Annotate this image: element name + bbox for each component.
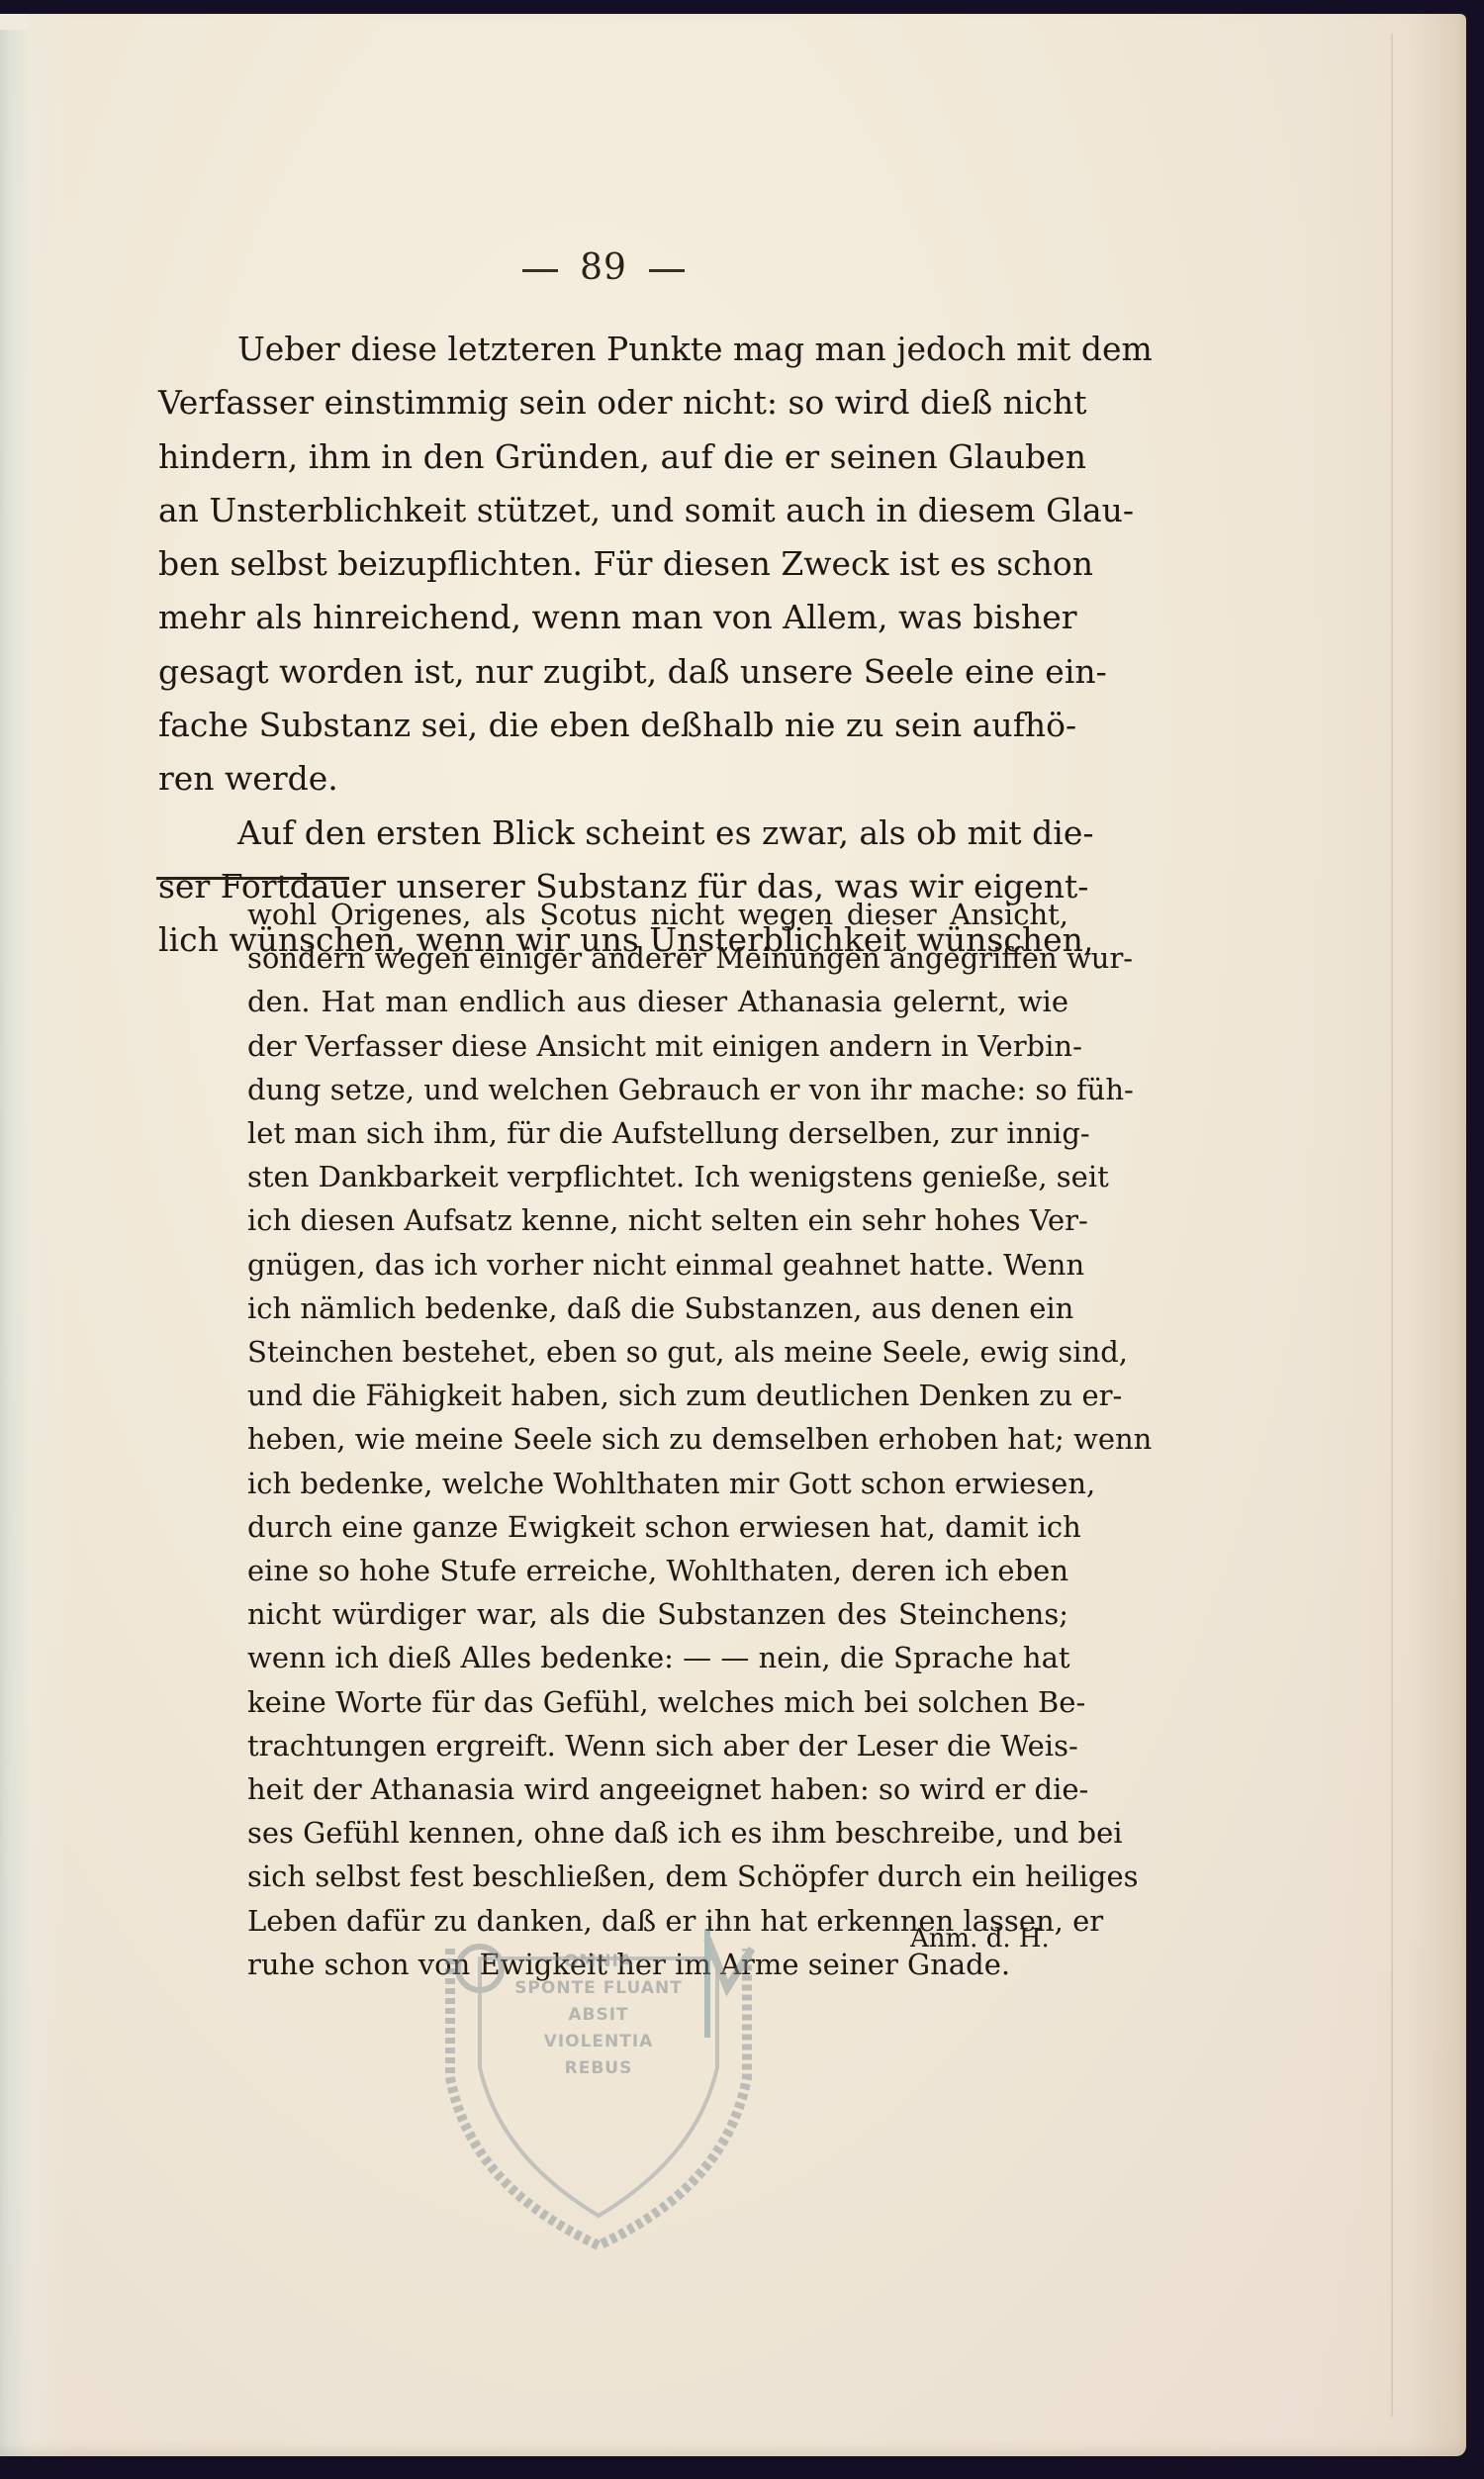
footnote-line: gnügen, das ich vorher nicht einmal geah… xyxy=(247,1243,1068,1287)
text-line: mehr als hinreichend, wenn man von Allem… xyxy=(158,591,1068,644)
header-dash-right xyxy=(649,269,685,272)
footnote-line: heit der Athanasia wird angeeignet haben… xyxy=(247,1767,1068,1811)
text-line: Auf den ersten Blick scheint es zwar, al… xyxy=(158,807,1068,860)
stamp-line: REBUS xyxy=(480,2055,717,2082)
main-text: Ueber diese letzteren Punkte mag man jed… xyxy=(158,323,1068,968)
footnote-line: let man sich ihm, für die Aufstellung de… xyxy=(247,1111,1068,1155)
library-stamp: OMNIA SPONTE FLUANT ABSIT VIOLENTIA REBU… xyxy=(411,1929,787,2255)
text-line: fache Substanz sei, die eben deßhalb nie… xyxy=(158,699,1068,752)
footnote-line: sten Dankbarkeit verpflichtet. Ich wenig… xyxy=(247,1155,1068,1198)
book-page: 89 Ueber diese letzteren Punkte mag man … xyxy=(0,14,1466,2456)
footnote-line: und die Fähigkeit haben, sich zum deutli… xyxy=(247,1374,1068,1417)
text-line: hindern, ihm in den Gründen, auf die er … xyxy=(158,430,1068,484)
text-line: Verfasser einstimmig sein oder nicht: so… xyxy=(158,376,1068,429)
footnote-line: ses Gefühl kennen, ohne daß ich es ihm b… xyxy=(247,1811,1068,1855)
footnote-signature: Anm. d. H. xyxy=(910,1924,1050,1954)
footnote-line: ich bedenke, welche Wohlthaten mir Gott … xyxy=(247,1462,1068,1505)
page-number: 89 xyxy=(580,247,627,288)
footnote-line: wohl Origenes, als Scotus nicht wegen di… xyxy=(247,893,1068,936)
header-dash-left xyxy=(522,269,558,272)
footnote-rule xyxy=(156,877,349,880)
footnote-line: keine Worte für das Gefühl, welches mich… xyxy=(247,1680,1068,1724)
footnote-line: nicht würdiger war, als die Substanzen d… xyxy=(247,1592,1068,1636)
page-corner xyxy=(0,14,28,30)
footnote-line: Steinchen bestehet, eben so gut, als mei… xyxy=(247,1330,1068,1374)
stamp-motto: OMNIA SPONTE FLUANT ABSIT VIOLENTIA REBU… xyxy=(480,1949,717,2082)
page-header: 89 xyxy=(495,247,712,288)
text-line: an Unsterblichkeit stützet, und somit au… xyxy=(158,484,1068,537)
footnote-line: sich selbst fest beschließen, dem Schöpf… xyxy=(247,1855,1068,1898)
footnote-line: wenn ich dieß Alles bedenke: — — nein, d… xyxy=(247,1636,1068,1679)
stamp-line: OMNIA xyxy=(480,1949,717,1975)
stamp-line: VIOLENTIA xyxy=(480,2029,717,2055)
text-line: ren werde. xyxy=(158,752,1068,806)
footnote-line: durch eine ganze Ewigkeit schon erwiesen… xyxy=(247,1505,1068,1549)
text-line: Ueber diese letzteren Punkte mag man jed… xyxy=(158,323,1068,376)
footnote-line: ich diesen Aufsatz kenne, nicht selten e… xyxy=(247,1198,1068,1242)
footnote-line: eine so hohe Stufe erreiche, Wohlthaten,… xyxy=(247,1549,1068,1592)
stamp-line: SPONTE FLUANT xyxy=(480,1975,717,2002)
footnote-line: dung setze, und welchen Gebrauch er von … xyxy=(247,1068,1068,1111)
page-fold xyxy=(1391,34,1393,2417)
text-line: ben selbst beizupflichten. Für diesen Zw… xyxy=(158,537,1068,591)
footnote-line: trachtungen ergreift. Wenn sich aber der… xyxy=(247,1724,1068,1767)
footnote: wohl Origenes, als Scotus nicht wegen di… xyxy=(247,893,1068,1986)
footnote-line: ich nämlich bedenke, daß die Substanzen,… xyxy=(247,1287,1068,1330)
footnote-line: sondern wegen einiger anderer Meinungen … xyxy=(247,936,1068,980)
footnote-line: der Verfasser diese Ansicht mit einigen … xyxy=(247,1024,1068,1068)
stamp-line: ABSIT xyxy=(480,2002,717,2029)
footnote-line: den. Hat man endlich aus dieser Athanasi… xyxy=(247,980,1068,1023)
text-line: gesagt worden ist, nur zugibt, daß unser… xyxy=(158,645,1068,699)
footnote-line: heben, wie meine Seele sich zu demselben… xyxy=(247,1417,1068,1461)
